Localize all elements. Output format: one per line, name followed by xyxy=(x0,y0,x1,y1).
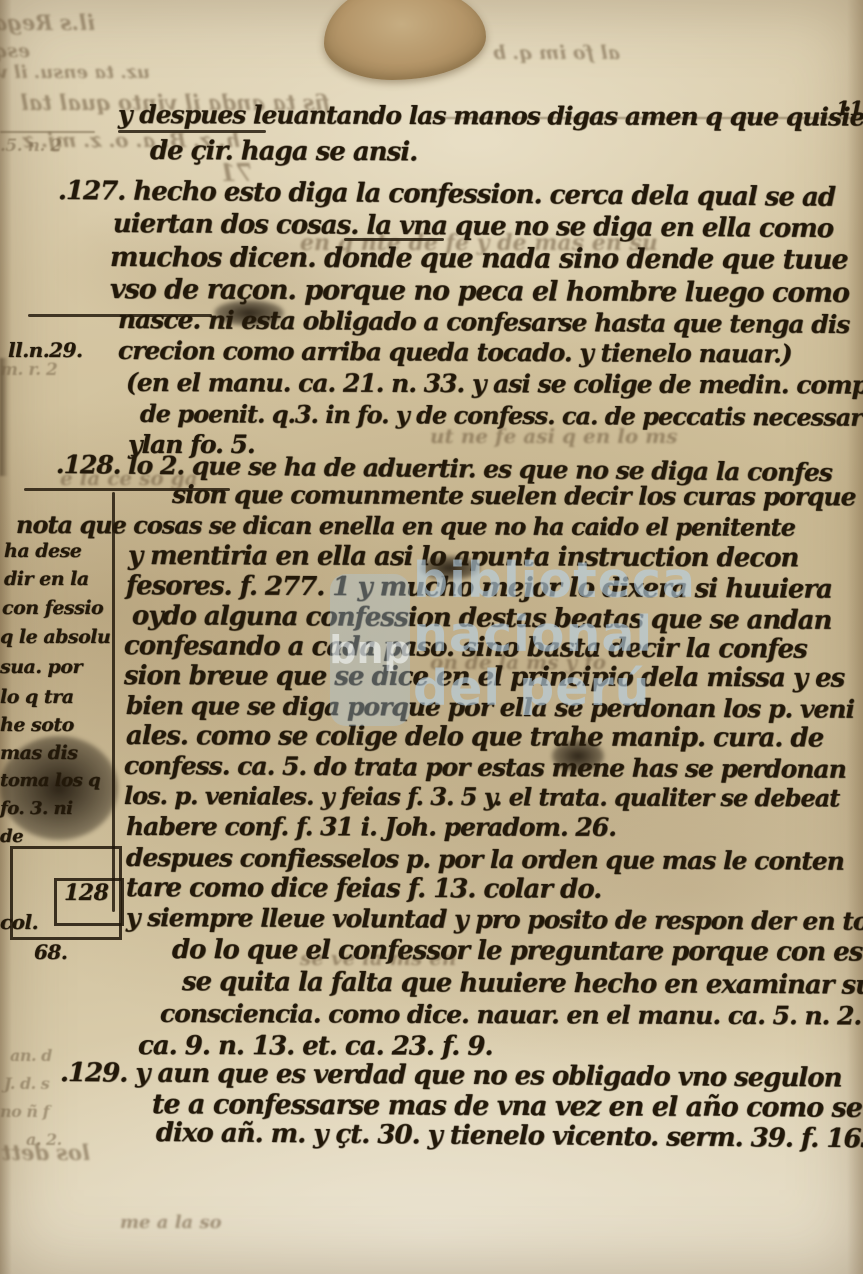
margin-note: sua. por xyxy=(0,656,82,678)
margin-note: ha dese xyxy=(4,540,81,562)
margin-note: m. r. 2 xyxy=(0,360,57,380)
margin-note: de xyxy=(0,826,23,847)
watermark-line-1: biblioteca xyxy=(413,552,696,609)
margin-note: 128 xyxy=(64,880,108,906)
margin-note: fo. 3. ni xyxy=(0,798,72,819)
margin-note: ll.n.29. xyxy=(8,338,82,362)
margin-note: an. d xyxy=(10,1046,52,1065)
margin-note: 11 xyxy=(836,96,863,120)
margin-note: col. xyxy=(0,910,38,934)
margin-note: a. 2. xyxy=(26,1130,62,1149)
margin-note: mas dis xyxy=(0,742,77,764)
margin-note: con fessio xyxy=(2,597,103,619)
margin-note: lo q tra xyxy=(0,686,74,708)
bnp-logo: bnp xyxy=(330,574,410,726)
margin-note: no ñ f xyxy=(0,1102,49,1121)
margin-note: dir en la xyxy=(4,568,89,590)
watermark-line-3: del perú xyxy=(413,660,651,717)
margin-note: he soto xyxy=(0,714,74,736)
watermark-line-2: nacional xyxy=(413,606,653,663)
margin-note: q le absolu xyxy=(0,626,110,648)
margin-note: J. d. s xyxy=(4,1074,49,1093)
margin-note: toma los q xyxy=(0,770,100,791)
margin-note: .5. n. 2 xyxy=(0,136,62,156)
margin-note: 68. xyxy=(34,940,67,964)
manuscript-page: il.s Regander y cautis f poesesquidtt pu… xyxy=(0,0,863,1274)
